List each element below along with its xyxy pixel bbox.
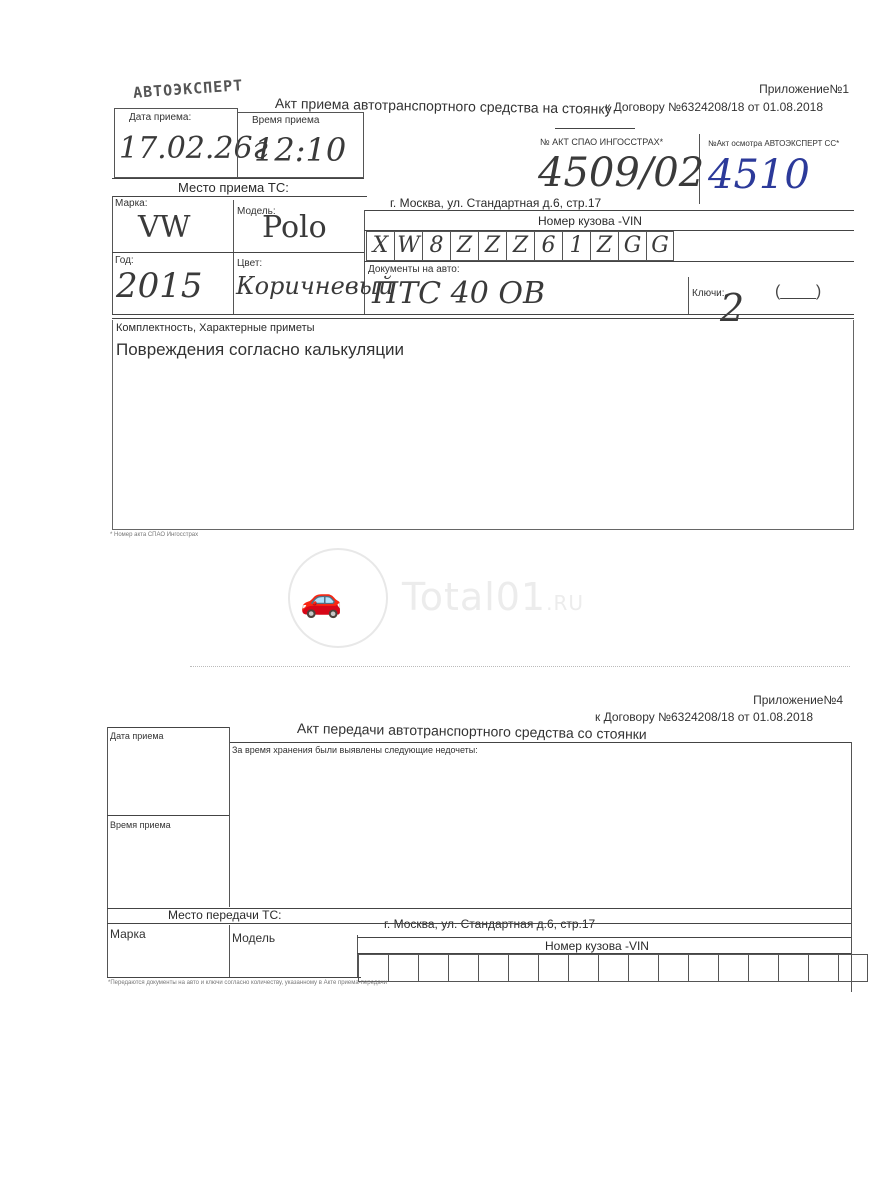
vin-char-cell[interactable] xyxy=(688,954,718,982)
expert-act-value: 4510 xyxy=(708,152,810,198)
vin-char-cell[interactable] xyxy=(358,954,388,982)
ingos-act-label: № АКТ СПАО ИНГОССТРАХ* xyxy=(540,137,663,147)
year-value: 2015 xyxy=(116,266,203,306)
color-label: Цвет: xyxy=(237,258,262,269)
receipt-date-field[interactable]: Дата приема: 17.02.26г xyxy=(114,108,238,178)
handover-model-label: Модель xyxy=(232,931,275,945)
features-value: Повреждения согласно калькуляции xyxy=(116,340,404,360)
handover-vin-field[interactable] xyxy=(358,954,868,982)
vin-char-cell[interactable]: 1 xyxy=(562,231,590,261)
vin-char-cell[interactable] xyxy=(538,954,568,982)
features-field[interactable]: Комплектность, Характерные приметы Повре… xyxy=(112,320,854,530)
appendix-number-2: Приложение№4 xyxy=(753,693,843,707)
watermark-suffix: .RU xyxy=(546,591,584,615)
vin-char-cell[interactable] xyxy=(508,954,538,982)
receipt-time-label: Время приема xyxy=(252,115,319,126)
appendix-number: Приложение№1 xyxy=(759,82,849,96)
handover-place-label: Место передачи ТС: xyxy=(168,908,281,922)
car-icon: 🚗 xyxy=(300,580,342,620)
keys-extra-count: (____) xyxy=(775,283,821,301)
defects-label: За время хранения были выявлены следующи… xyxy=(232,745,478,755)
year-label: Год: xyxy=(115,255,134,266)
form1-footnote: * Номер акта СПАО Ингосстрах xyxy=(110,532,198,538)
brand-value: VW xyxy=(138,210,191,245)
company-logo: АВТОЭКСПЕРТ xyxy=(133,76,244,102)
vin-char-cell[interactable] xyxy=(838,954,868,982)
defects-field[interactable] xyxy=(230,760,850,905)
receipt-date-label: Дата приема: xyxy=(129,112,191,123)
vin-char-cell[interactable] xyxy=(478,954,508,982)
vin-char-cell[interactable] xyxy=(658,954,688,982)
vin-char-cell[interactable] xyxy=(388,954,418,982)
form2-footnote: *Передаются документы на авто и ключи со… xyxy=(108,980,387,986)
ingos-act-value: 4509/02 xyxy=(538,150,704,196)
handover-time-field[interactable] xyxy=(108,832,228,902)
vin-field[interactable]: XW8ZZZ61ZGG xyxy=(366,231,674,261)
vin-char-cell[interactable] xyxy=(628,954,658,982)
handover-date-field[interactable] xyxy=(108,742,228,812)
vin-char-cell[interactable] xyxy=(748,954,778,982)
documents-value: ПТС 40 ОВ xyxy=(372,276,545,311)
vin-char-cell[interactable]: 8 xyxy=(422,231,450,261)
vin-char-cell[interactable]: G xyxy=(646,231,674,261)
watermark: Total01.RU xyxy=(402,575,584,619)
handover-date-label: Дата приема xyxy=(110,731,164,741)
handover-place-value: г. Москва, ул. Стандартная д.6, стр.17 xyxy=(384,917,595,931)
vin-char-cell[interactable] xyxy=(808,954,838,982)
vin-char-cell[interactable] xyxy=(778,954,808,982)
model-value: Polo xyxy=(262,210,327,245)
handover-brand-label: Марка xyxy=(110,927,146,941)
color-value: Коричневый xyxy=(236,272,394,300)
vin-char-cell[interactable]: Z xyxy=(506,231,534,261)
vin-char-cell[interactable]: W xyxy=(394,231,422,261)
watermark-text: Total01 xyxy=(402,575,546,619)
features-label: Комплектность, Характерные приметы xyxy=(116,322,315,334)
documents-label: Документы на авто: xyxy=(368,264,460,275)
vin-char-cell[interactable] xyxy=(718,954,748,982)
receipt-place-value: г. Москва, ул. Стандартная д.6, стр.17 xyxy=(390,196,601,210)
handover-vin-label: Номер кузова -VIN xyxy=(545,939,649,953)
vin-char-cell[interactable]: Z xyxy=(450,231,478,261)
brand-label: Марка: xyxy=(115,198,148,209)
contract-reference-2: к Договору №6324208/18 от 01.08.2018 xyxy=(595,710,813,724)
vin-char-cell[interactable]: G xyxy=(618,231,646,261)
expert-act-label: №Акт осмотра АВТОЭКСПЕРТ СС* xyxy=(708,139,839,148)
vin-char-cell[interactable]: Z xyxy=(478,231,506,261)
vin-char-cell[interactable] xyxy=(418,954,448,982)
vin-char-cell[interactable] xyxy=(598,954,628,982)
redaction-mask xyxy=(552,282,686,312)
vin-char-cell[interactable]: Z xyxy=(590,231,618,261)
vin-char-cell[interactable]: X xyxy=(366,231,394,261)
ingos-act-field[interactable]: № АКТ СПАО ИНГОССТРАХ* 4509/02 xyxy=(530,134,700,204)
receipt-place-label: Место приема ТС: xyxy=(178,180,289,195)
receipt-time-value: 12:10 xyxy=(254,131,346,169)
vin-label: Номер кузова -VIN xyxy=(538,214,642,228)
contract-reference: к Договору №6324208/18 от 01.08.2018 xyxy=(605,100,823,114)
handover-time-label: Время приема xyxy=(110,820,171,830)
vin-char-cell[interactable] xyxy=(568,954,598,982)
expert-act-field[interactable]: №Акт осмотра АВТОЭКСПЕРТ СС* 4510 xyxy=(700,136,850,202)
vin-char-cell[interactable]: 6 xyxy=(534,231,562,261)
receipt-time-field[interactable]: Время приема 12:10 xyxy=(237,112,364,178)
vin-char-cell[interactable] xyxy=(448,954,478,982)
